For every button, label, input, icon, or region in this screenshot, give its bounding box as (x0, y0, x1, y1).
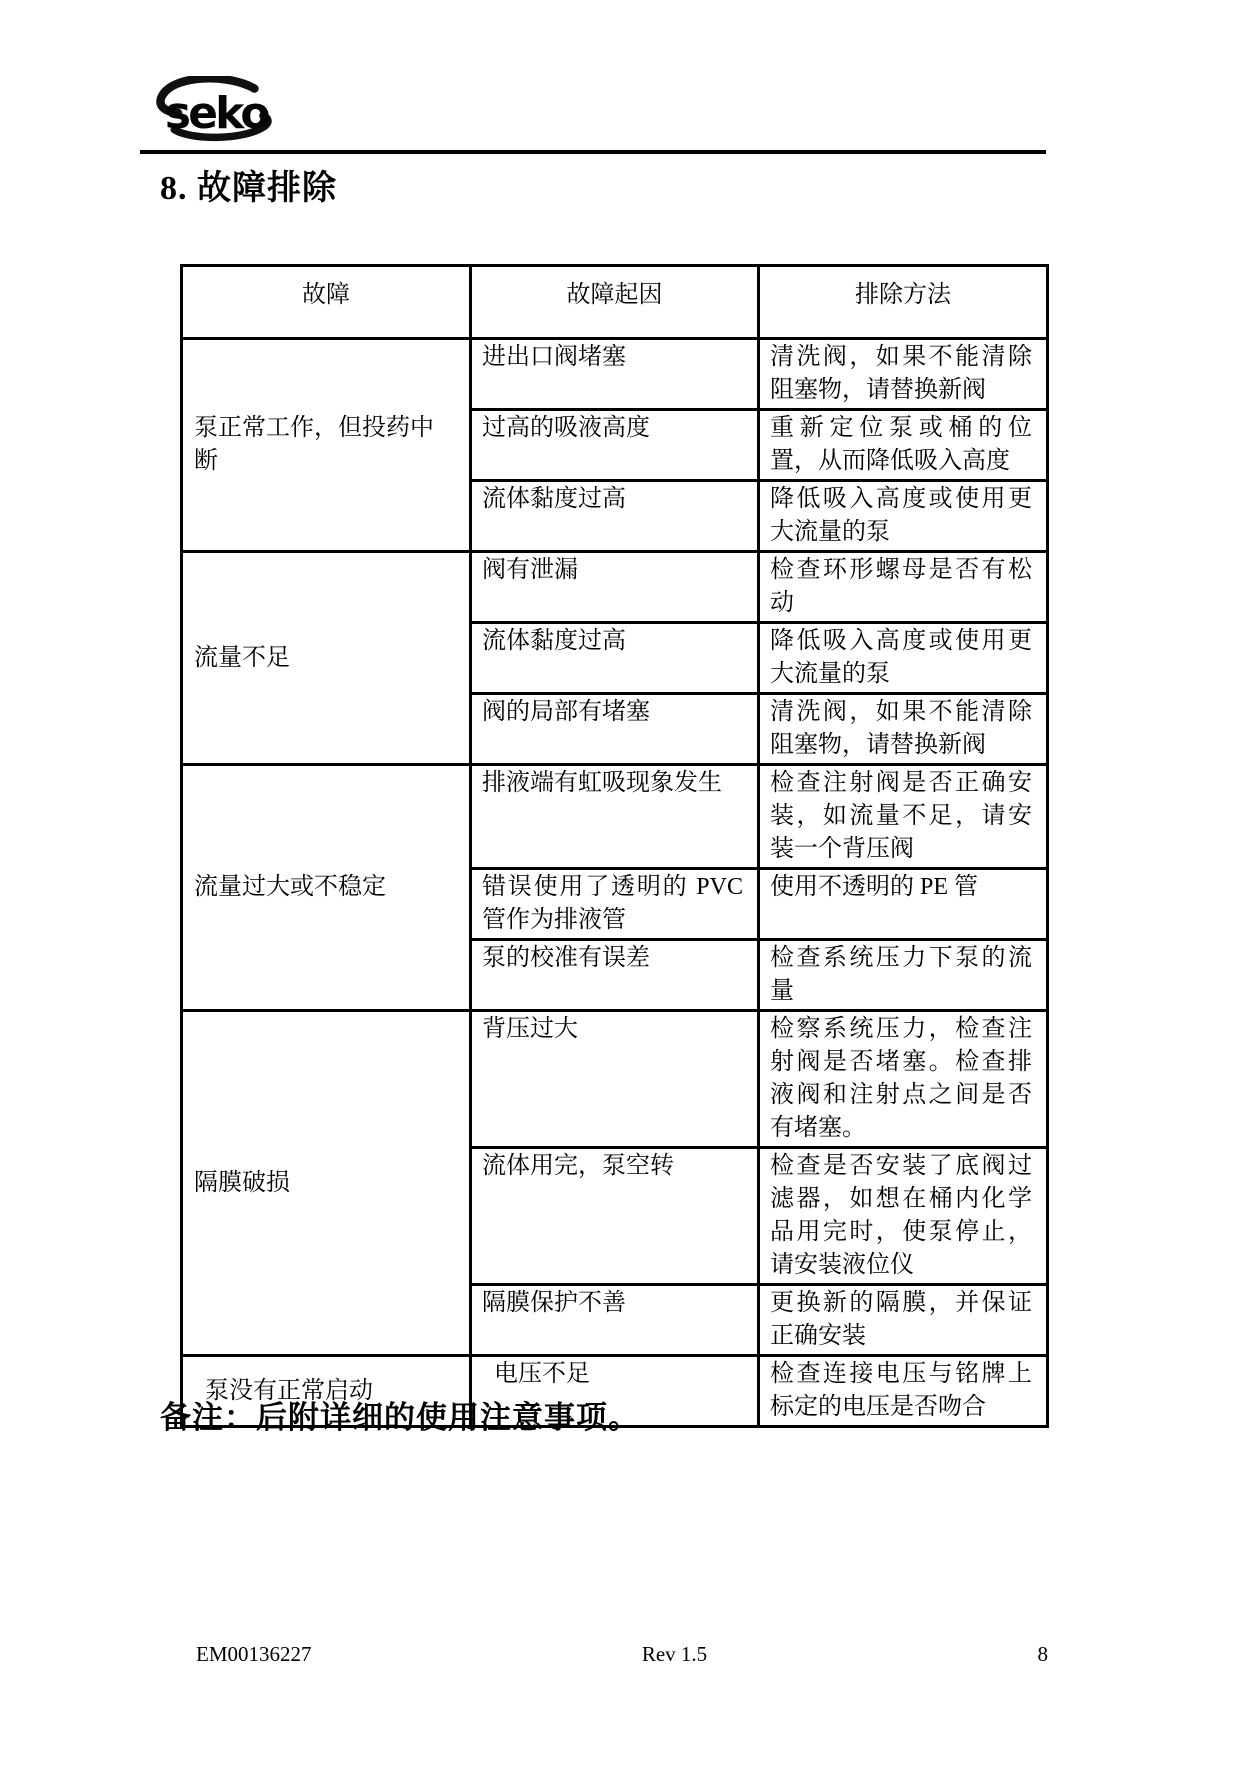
cause-cell: 隔膜保护不善 (471, 1285, 759, 1356)
table-row: 隔膜破损背压过大检察系统压力，检查注射阀是否堵塞。检查排液阀和注射点之间是否有堵… (182, 1011, 1048, 1148)
solution-cell: 检查注射阀是否正确安装，如流量不足，请安装一个背压阀 (759, 765, 1048, 869)
cause-cell: 流体黏度过高 (471, 481, 759, 552)
solution-cell: 清洗阀，如果不能清除阻塞物，请替换新阀 (759, 694, 1048, 765)
column-header-cause: 故障起因 (471, 266, 759, 339)
cause-cell: 阀有泄漏 (471, 552, 759, 623)
page-footer: EM00136227 Rev 1.5 8 (196, 1642, 1048, 1667)
solution-cell: 使用不透明的 PE 管 (759, 869, 1048, 940)
footer-page-number: 8 (1037, 1642, 1048, 1667)
cause-cell: 阀的局部有堵塞 (471, 694, 759, 765)
footer-doc-number: EM00136227 (196, 1642, 312, 1667)
cause-cell: 流体用完，泵空转 (471, 1148, 759, 1285)
document-page: seko 8. 故障排除 故障 故障起因 排除方法 泵正常工作，但投药中断进出口… (0, 0, 1241, 1766)
fault-cell: 隔膜破损 (182, 1011, 471, 1356)
solution-cell: 清洗阀，如果不能清除阻塞物，请替换新阀 (759, 339, 1048, 410)
section-title: 8. 故障排除 (160, 160, 337, 209)
fault-cell: 流量不足 (182, 552, 471, 765)
cause-cell: 进出口阀堵塞 (471, 339, 759, 410)
fault-cell: 泵正常工作，但投药中断 (182, 339, 471, 552)
cause-cell: 错误使用了透明的 PVC 管作为排液管 (471, 869, 759, 940)
footer-revision: Rev 1.5 (642, 1642, 707, 1667)
solution-cell: 检查连接电压与铭牌上标定的电压是否吻合 (759, 1356, 1048, 1427)
solution-cell: 重新定位泵或桶的位置，从而降低吸入高度 (759, 410, 1048, 481)
table-body: 泵正常工作，但投药中断进出口阀堵塞清洗阀，如果不能清除阻塞物，请替换新阀过高的吸… (182, 339, 1048, 1427)
table-header-row: 故障 故障起因 排除方法 (182, 266, 1048, 339)
cause-cell: 背压过大 (471, 1011, 759, 1148)
table-row: 流量过大或不稳定排液端有虹吸现象发生检查注射阀是否正确安装，如流量不足，请安装一… (182, 765, 1048, 869)
solution-cell: 降低吸入高度或使用更大流量的泵 (759, 623, 1048, 694)
troubleshooting-table: 故障 故障起因 排除方法 泵正常工作，但投药中断进出口阀堵塞清洗阀，如果不能清除… (180, 264, 1049, 1428)
column-header-remedy: 排除方法 (759, 266, 1048, 339)
cause-cell: 过高的吸液高度 (471, 410, 759, 481)
solution-cell: 检查是否安装了底阀过滤器，如想在桶内化学品用完时，使泵停止，请安装液位仪 (759, 1148, 1048, 1285)
solution-cell: 更换新的隔膜，并保证正确安装 (759, 1285, 1048, 1356)
seko-logo: seko (150, 76, 290, 151)
fault-cell: 流量过大或不稳定 (182, 765, 471, 1011)
cause-cell: 排液端有虹吸现象发生 (471, 765, 759, 869)
table-row: 泵正常工作，但投药中断进出口阀堵塞清洗阀，如果不能清除阻塞物，请替换新阀 (182, 339, 1048, 410)
cause-cell: 流体黏度过高 (471, 623, 759, 694)
seko-logo-graphic: seko (150, 76, 290, 146)
solution-cell: 检察系统压力，检查注射阀是否堵塞。检查排液阀和注射点之间是否有堵塞。 (759, 1011, 1048, 1148)
solution-cell: 降低吸入高度或使用更大流量的泵 (759, 481, 1048, 552)
cause-cell: 泵的校准有误差 (471, 940, 759, 1011)
header-divider (140, 150, 1046, 154)
note-text: 备注：后附详细的使用注意事项。 (160, 1392, 640, 1437)
seko-logo-text: seko (165, 88, 269, 139)
solution-cell: 检查环形螺母是否有松动 (759, 552, 1048, 623)
table-row: 流量不足阀有泄漏检查环形螺母是否有松动 (182, 552, 1048, 623)
column-header-fault: 故障 (182, 266, 471, 339)
solution-cell: 检查系统压力下泵的流量 (759, 940, 1048, 1011)
